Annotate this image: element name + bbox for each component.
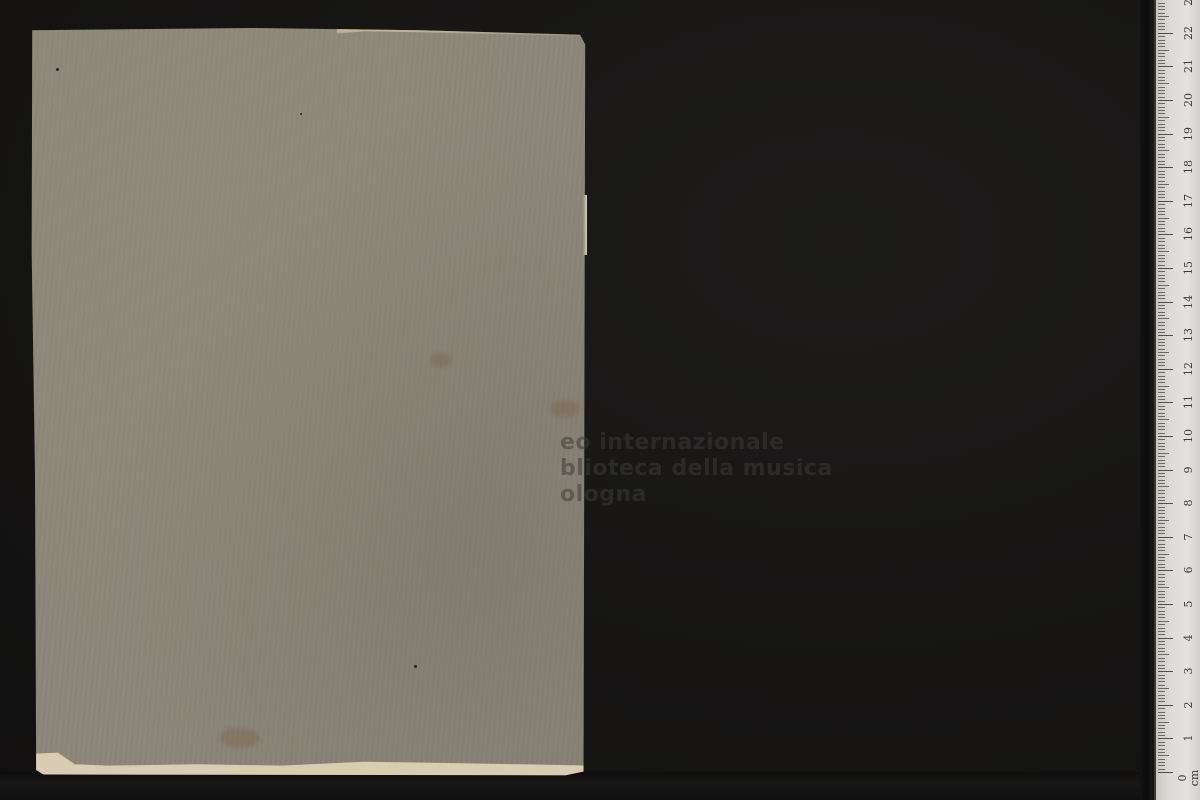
ruler-cm-label: 14 — [1183, 291, 1195, 313]
ruler-tick — [1158, 362, 1165, 363]
ruler-tick — [1158, 429, 1165, 430]
ruler-tick — [1158, 107, 1165, 108]
ruler-tick — [1158, 691, 1165, 692]
ruler-tick — [1158, 150, 1169, 151]
ruler-tick — [1158, 517, 1165, 518]
ruler-tick — [1158, 140, 1165, 141]
paper-speck — [300, 113, 302, 115]
ruler-tick — [1158, 292, 1165, 293]
ruler-tick — [1158, 769, 1165, 770]
ruler-tick — [1158, 513, 1165, 514]
ruler-tick — [1158, 755, 1169, 756]
ruler-tick — [1158, 550, 1165, 551]
ruler-tick — [1158, 308, 1165, 309]
ruler-cm-label: 18 — [1183, 156, 1195, 178]
ruler-tick — [1158, 433, 1165, 434]
ruler-cm-label: 9 — [1183, 459, 1195, 481]
ruler-tick — [1158, 332, 1165, 333]
ruler-tick — [1158, 728, 1165, 729]
ruler-tick — [1158, 423, 1165, 424]
ruler-tick — [1158, 493, 1165, 494]
ruler-tick — [1158, 765, 1165, 766]
ruler-cm-label: 2 — [1183, 694, 1195, 716]
ruler-tick — [1158, 614, 1165, 615]
ruler-tick — [1158, 87, 1165, 88]
paper-stain — [220, 728, 260, 748]
ruler-tick — [1158, 288, 1165, 289]
ruler-cm-label: 20 — [1183, 89, 1195, 111]
ruler-tick — [1158, 228, 1165, 229]
ruler-tick — [1158, 19, 1165, 20]
ruler-tick — [1158, 221, 1165, 222]
ruler-tick — [1158, 772, 1173, 773]
ruler-tick — [1158, 23, 1165, 24]
ruler-tick — [1158, 587, 1169, 588]
ruler-tick — [1158, 416, 1165, 417]
ruler-tick — [1158, 510, 1165, 511]
ruler-tick — [1158, 399, 1165, 400]
ruler-tick — [1158, 73, 1165, 74]
ruler-tick — [1158, 466, 1165, 467]
ruler-tick — [1158, 177, 1165, 178]
ruler-tick — [1158, 497, 1165, 498]
ruler-tick — [1158, 651, 1165, 652]
ruler-tick — [1158, 621, 1169, 622]
ruler-tick — [1158, 281, 1165, 282]
ruler-tick — [1158, 564, 1165, 565]
ruler-tick — [1158, 295, 1165, 296]
ruler-tick — [1158, 335, 1173, 336]
ruler-tick — [1158, 530, 1165, 531]
ruler-tick — [1158, 409, 1165, 410]
ruler-tick — [1158, 453, 1169, 454]
ruler-tick — [1158, 500, 1165, 501]
ruler-tick — [1158, 134, 1173, 135]
ruler-cm-label: 10 — [1183, 425, 1195, 447]
ruler-tick — [1158, 554, 1169, 555]
ruler-tick — [1158, 174, 1165, 175]
ruler-tick — [1158, 712, 1165, 713]
ruler-tick — [1158, 268, 1173, 269]
ruler-tick — [1158, 77, 1165, 78]
ruler-tick — [1158, 698, 1165, 699]
ruler-tick — [1158, 483, 1165, 484]
ruler-tick — [1158, 285, 1169, 286]
ruler-tick — [1158, 137, 1165, 138]
ruler-tick — [1158, 685, 1165, 686]
ruler-tick — [1158, 258, 1165, 259]
ruler-tick — [1158, 325, 1165, 326]
ruler-tick — [1158, 40, 1165, 41]
ruler-tick — [1158, 312, 1165, 313]
ruler-tick — [1158, 396, 1165, 397]
paper-speck — [56, 68, 59, 71]
ruler-tick — [1158, 214, 1165, 215]
ruler-tick — [1158, 641, 1165, 642]
paper-bottom-torn-edge — [30, 750, 588, 776]
ruler-tick — [1158, 537, 1173, 538]
ruler-tick — [1158, 164, 1165, 165]
ruler-tick — [1158, 248, 1165, 249]
ruler-tick — [1158, 607, 1165, 608]
ruler-tick — [1158, 752, 1165, 753]
ruler-zero-label: 0 cm — [1177, 767, 1200, 789]
ruler-tick — [1158, 695, 1165, 696]
ruler-tick — [1158, 449, 1165, 450]
ruler-tick — [1158, 16, 1169, 17]
ruler-cm-label: 19 — [1183, 123, 1195, 145]
ruler-tick — [1158, 43, 1165, 44]
ruler-tick — [1158, 234, 1173, 235]
watermark-line: eo internazionale — [560, 430, 833, 456]
ruler-tick — [1158, 463, 1165, 464]
ruler-tick — [1158, 113, 1165, 114]
ruler-tick — [1158, 83, 1169, 84]
ruler-tick — [1158, 439, 1165, 440]
ruler-tick — [1158, 460, 1165, 461]
ruler-tick — [1158, 722, 1169, 723]
ruler-tick — [1158, 9, 1165, 10]
ruler-tick — [1158, 648, 1165, 649]
ruler-tick — [1158, 419, 1169, 420]
paper-right-edge-highlight — [583, 195, 587, 255]
ruler-tick — [1158, 63, 1165, 64]
ruler-tick — [1158, 725, 1165, 726]
ruler-tick — [1158, 29, 1165, 30]
ruler-tick — [1158, 167, 1173, 168]
ruler-tick — [1158, 318, 1169, 319]
ruler-tick — [1158, 638, 1173, 639]
ruler-tick — [1158, 604, 1173, 605]
ruler-tick — [1158, 392, 1165, 393]
ruler-tick — [1158, 533, 1165, 534]
ruler-cm-label: 4 — [1183, 627, 1195, 649]
ruler-cm-label: 5 — [1183, 593, 1195, 615]
ruler-tick — [1158, 665, 1165, 666]
ruler-tick — [1158, 241, 1165, 242]
ruler-tick — [1158, 342, 1165, 343]
ruler-tick — [1158, 194, 1165, 195]
ruler-tick — [1158, 110, 1165, 111]
ruler-tick — [1158, 224, 1165, 225]
ruler-tick — [1158, 144, 1165, 145]
ruler-tick — [1158, 66, 1173, 67]
ruler-tick — [1158, 708, 1165, 709]
ruler-tick — [1158, 597, 1165, 598]
ruler-tick — [1158, 631, 1165, 632]
ruler-tick — [1158, 352, 1169, 353]
ruler-tick — [1158, 197, 1165, 198]
ruler-tick — [1158, 520, 1169, 521]
ruler-cm-label: 7 — [1183, 526, 1195, 548]
ruler-cm-label: 16 — [1183, 223, 1195, 245]
ruler-tick — [1158, 231, 1165, 232]
ruler-tick — [1158, 302, 1173, 303]
ruler-tick — [1158, 70, 1165, 71]
ruler-tick — [1158, 80, 1165, 81]
ruler-tick — [1158, 759, 1165, 760]
ruler-cm-label: 21 — [1183, 55, 1195, 77]
ruler-tick — [1158, 507, 1165, 508]
ruler-tick — [1158, 211, 1165, 212]
ruler-tick — [1158, 681, 1165, 682]
ruler-tick — [1158, 204, 1165, 205]
ruler-tick — [1158, 527, 1165, 528]
ruler-tick — [1158, 705, 1173, 706]
ruler-tick — [1158, 157, 1165, 158]
ruler-tick — [1158, 130, 1165, 131]
measuring-ruler: 0 cm123456789101112131415161718192021222… — [1154, 0, 1200, 800]
ruler-tick — [1158, 688, 1169, 689]
ruler-tick — [1158, 345, 1165, 346]
ruler-tick — [1158, 389, 1165, 390]
watermark-line: blioteca della musica — [560, 456, 833, 482]
ruler-tick — [1158, 261, 1165, 262]
ruler-tick — [1158, 56, 1165, 57]
ruler-tick — [1158, 322, 1165, 323]
ruler-tick — [1158, 154, 1165, 155]
ruler-tick — [1158, 473, 1165, 474]
ruler-tick — [1158, 245, 1165, 246]
ruler-tick — [1158, 570, 1173, 571]
ruler-tick — [1158, 544, 1165, 545]
ruler-tick — [1158, 208, 1165, 209]
ruler-cm-label: 13 — [1183, 324, 1195, 346]
ruler-tick — [1158, 275, 1165, 276]
ruler-tick — [1158, 624, 1165, 625]
ruler-cm-label: 15 — [1183, 257, 1195, 279]
ruler-tick — [1158, 218, 1169, 219]
ruler-tick — [1158, 33, 1173, 34]
ruler-tick — [1158, 675, 1165, 676]
ruler-tick — [1158, 742, 1165, 743]
ruler-tick — [1158, 749, 1165, 750]
ruler-tick — [1158, 436, 1173, 437]
ruler-tick — [1158, 127, 1165, 128]
ruler-cm-label: 23 — [1183, 0, 1195, 10]
ruler-tick — [1158, 470, 1173, 471]
ruler-tick — [1158, 359, 1165, 360]
paper-speck — [414, 665, 417, 668]
ruler-tick — [1158, 147, 1165, 148]
ruler-cm-label: 3 — [1183, 660, 1195, 682]
ruler-tick — [1158, 443, 1165, 444]
ruler-tick — [1158, 53, 1165, 54]
ruler-cm-label: 1 — [1183, 727, 1195, 749]
ruler-cm-label: 12 — [1183, 358, 1195, 380]
ruler-tick — [1158, 191, 1165, 192]
ruler-tick — [1158, 668, 1165, 669]
ruler-tick — [1158, 265, 1165, 266]
ruler-tick — [1158, 103, 1165, 104]
ruler-tick — [1158, 201, 1173, 202]
ruler-tick — [1158, 678, 1165, 679]
ruler-tick — [1158, 255, 1165, 256]
watermark-line: ologna — [560, 482, 833, 508]
ruler-tick — [1158, 654, 1169, 655]
ruler-tick — [1158, 376, 1165, 377]
paper-sheet — [30, 28, 588, 776]
ruler-tick — [1158, 628, 1165, 629]
ruler-tick — [1158, 413, 1165, 414]
ruler-tick — [1158, 701, 1165, 702]
ruler-tick — [1158, 490, 1165, 491]
ruler-tick — [1158, 187, 1165, 188]
ruler-tick — [1158, 315, 1165, 316]
ruler-tick — [1158, 36, 1165, 37]
ruler-tick — [1158, 60, 1165, 61]
ruler-tick — [1158, 339, 1165, 340]
ruler-tick — [1158, 540, 1165, 541]
ruler-tick — [1158, 271, 1165, 272]
ruler-tick — [1158, 298, 1165, 299]
ruler-tick — [1158, 117, 1169, 118]
ruler-tick — [1158, 718, 1165, 719]
ruler-tick — [1158, 594, 1165, 595]
institution-watermark: eo internazionale blioteca della musica … — [560, 430, 833, 508]
ruler-tick — [1158, 406, 1165, 407]
ruler-tick — [1158, 365, 1165, 366]
ruler-tick — [1158, 601, 1165, 602]
ruler-tick — [1158, 560, 1165, 561]
felt-right-edge — [1140, 0, 1152, 800]
ruler-tick — [1158, 120, 1165, 121]
scan-canvas: eo internazionale blioteca della musica … — [0, 0, 1200, 800]
ruler-tick — [1158, 611, 1165, 612]
ruler-tick — [1158, 591, 1165, 592]
ruler-tick — [1158, 369, 1173, 370]
ruler-tick — [1158, 6, 1165, 7]
ruler-tick — [1158, 3, 1165, 4]
ruler-tick — [1158, 735, 1165, 736]
ruler-tick — [1158, 349, 1165, 350]
ruler-tick — [1158, 574, 1165, 575]
felt-bottom-edge — [0, 772, 1152, 800]
ruler-tick — [1158, 584, 1165, 585]
ruler-tick — [1158, 661, 1165, 662]
ruler-tick — [1158, 90, 1165, 91]
ruler-tick — [1158, 46, 1165, 47]
ruler-tick — [1158, 97, 1165, 98]
ruler-tick — [1158, 577, 1165, 578]
ruler-tick — [1158, 181, 1165, 182]
ruler-tick — [1158, 305, 1165, 306]
ruler-tick — [1158, 93, 1165, 94]
ruler-tick — [1158, 523, 1165, 524]
ruler-tick — [1158, 124, 1165, 125]
ruler-tick — [1158, 251, 1169, 252]
ruler-cm-label: 8 — [1183, 492, 1195, 514]
ruler-tick — [1158, 372, 1165, 373]
ruler-tick — [1158, 238, 1165, 239]
ruler-tick — [1158, 100, 1173, 101]
ruler-tick — [1158, 617, 1165, 618]
ruler-tick — [1158, 446, 1165, 447]
ruler-tick — [1158, 715, 1165, 716]
ruler-tick — [1158, 382, 1165, 383]
ruler-cm-label: 11 — [1183, 391, 1195, 413]
ruler-tick — [1158, 732, 1165, 733]
ruler-tick — [1158, 50, 1169, 51]
ruler-tick — [1158, 386, 1169, 387]
ruler-tick — [1158, 171, 1165, 172]
ruler-tick — [1158, 547, 1165, 548]
ruler-tick — [1158, 644, 1165, 645]
ruler-cm-label: 22 — [1183, 22, 1195, 44]
ruler-tick — [1158, 486, 1169, 487]
ruler-tick — [1158, 762, 1165, 763]
ruler-tick — [1158, 567, 1165, 568]
paper-top-worn-edge — [30, 28, 588, 36]
ruler-tick — [1158, 476, 1165, 477]
ruler-tick — [1158, 329, 1165, 330]
ruler-tick — [1158, 355, 1165, 356]
ruler-tick — [1158, 161, 1165, 162]
ruler-tick — [1158, 426, 1165, 427]
ruler-tick — [1158, 503, 1173, 504]
ruler-tick — [1158, 658, 1165, 659]
ruler-cm-label: 17 — [1183, 190, 1195, 212]
ruler-tick — [1158, 671, 1173, 672]
ruler-cm-label: 6 — [1183, 559, 1195, 581]
ruler-tick — [1158, 634, 1165, 635]
ruler-tick — [1158, 184, 1169, 185]
ruler-tick — [1158, 26, 1165, 27]
ruler-tick — [1158, 745, 1165, 746]
ruler-tick — [1158, 278, 1165, 279]
ruler-tick — [1158, 557, 1165, 558]
ruler-tick — [1158, 738, 1173, 739]
ruler-tick — [1158, 13, 1165, 14]
ruler-tick — [1158, 379, 1165, 380]
ruler-tick — [1158, 402, 1173, 403]
ruler-tick — [1158, 581, 1165, 582]
paper-stain — [430, 353, 452, 367]
paper-stain — [550, 400, 580, 418]
ruler-tick — [1158, 456, 1165, 457]
ruler-tick — [1158, 480, 1165, 481]
